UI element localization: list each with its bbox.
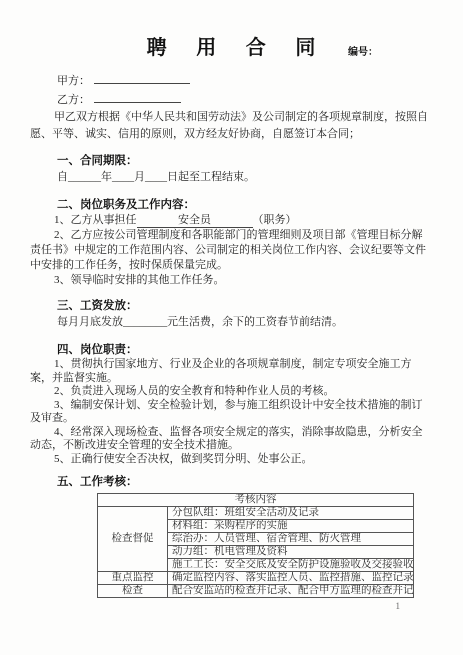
- title-row: 聘 用 合 同 编号：: [30, 40, 432, 63]
- table-cell: 配合安监站的检查并记录、配合甲方监理的检查并记录、配合分公司的: [168, 585, 414, 598]
- table-cell: 确定监控内容、落实监控人员、监控措施、监控记录: [168, 572, 414, 585]
- section-assessment: 五、工作考核： 考核内容 检查督促 分包队组：班组安全活动及记录 材料组：采购程…: [30, 474, 432, 598]
- party-b-blank: [94, 90, 181, 103]
- party-b-label: 乙方：: [57, 94, 90, 106]
- table-row: 检查 配合安监站的检查并记录、配合甲方监理的检查并记录、配合分公司的: [98, 585, 414, 598]
- table-cell: 动力组：机电管理及资料: [168, 546, 414, 559]
- section4-heading: 四、岗位职责：: [57, 342, 432, 358]
- table-header-cell: 考核内容: [98, 494, 414, 507]
- table-row: 检查督促 分包队组：班组安全活动及记录: [98, 507, 414, 520]
- table-cell: 材料组：采购程序的实施: [168, 520, 414, 533]
- section2-heading: 二、岗位职务及工作内容：: [57, 197, 432, 213]
- intro-paragraph: 甲乙双方根据《中华人民共和国劳动法》及公司制定的各项规章制度，按照自愿、平等、诚…: [30, 109, 432, 143]
- item1-prefix: 1、乙方从事担任: [54, 214, 137, 226]
- section-contract-term: 一、合同期限： 自______年____月____日起至工程结束。: [30, 153, 432, 185]
- section1-heading: 一、合同期限：: [57, 153, 432, 169]
- party-b-line: 乙方：: [57, 90, 432, 109]
- section-responsibilities: 四、岗位职责： 1、贯彻执行国家地方、行业及企业的各项规章制度，制定专项安全施工…: [30, 342, 432, 466]
- section4-item2: 2、负责进入现场人员的安全教育和特种作业人员的考核。: [30, 385, 432, 399]
- section-duties: 二、岗位职务及工作内容： 1、乙方从事担任安全员（职务） 2、乙方应按公司管理制…: [30, 197, 432, 288]
- assessment-table: 考核内容 检查督促 分包队组：班组安全活动及记录 材料组：采购程序的实施 综治办…: [97, 493, 414, 598]
- section1-body: 自______年____月____日起至工程结束。: [57, 169, 432, 185]
- table-cell: 分包队组：班组安全活动及记录: [168, 507, 414, 520]
- section3-heading: 三、工资发放：: [57, 298, 432, 314]
- section4-item5: 5、正确行使安全否决权，做到奖罚分明、处事公正。: [30, 453, 432, 467]
- page-number: 1: [396, 598, 401, 615]
- section5-heading: 五、工作考核：: [57, 474, 432, 490]
- section-salary: 三、工资发放： 每月月底发放________元生活费，余下的工资春节前结清。: [30, 298, 432, 330]
- section2-item3: 3、领导临时安排的其他工作任务。: [30, 273, 432, 288]
- contract-page: 聘 用 合 同 编号： 甲方： 乙方： 甲乙双方根据《中华人民共和国劳动法》及公…: [0, 0, 463, 655]
- group-label-supervision: 检查督促: [98, 507, 168, 572]
- section2-item2: 2、乙方应按公司管理制度和各职能部门的管理细则及项目部《管理目标分解责任书》中规…: [30, 228, 432, 273]
- page-title: 聘 用 合 同: [147, 40, 328, 57]
- party-a-blank: [94, 71, 190, 84]
- section4-item3: 3、编制安保计划、安全检验计划，参与施工组织设计中安全技术措施的制订及审查。: [30, 399, 432, 426]
- item1-suffix: （职务）: [253, 214, 297, 226]
- serial-label: 编号：: [348, 44, 378, 61]
- party-a-line: 甲方：: [57, 71, 432, 90]
- table-header-row: 考核内容: [98, 494, 414, 507]
- table-row: 重点监控 确定监控内容、落实监控人员、监控措施、监控记录: [98, 572, 414, 585]
- table-cell: 施工工长：安全交底及安全防护设施验收及交接验收: [168, 559, 414, 572]
- section4-item1: 1、贯彻执行国家地方、行业及企业的各项规章制度，制定专项安全施工方案，并监督实施…: [30, 358, 432, 385]
- position-blank: 安全员: [137, 214, 253, 228]
- section3-body: 每月月底发放________元生活费，余下的工资春节前结清。: [57, 314, 432, 330]
- section2-item1: 1、乙方从事担任安全员（职务）: [30, 213, 432, 228]
- party-a-label: 甲方：: [57, 75, 90, 87]
- table-cell: 综治办：人员管理、宿舍管理、防火管理: [168, 533, 414, 546]
- group-label-key-monitoring: 重点监控: [98, 572, 168, 585]
- section4-item4: 4、经常深入现场检查、监督各项安全规定的落实，消除事故隐患，分析安全动态，不断改…: [30, 426, 432, 453]
- group-label-inspection: 检查: [98, 585, 168, 598]
